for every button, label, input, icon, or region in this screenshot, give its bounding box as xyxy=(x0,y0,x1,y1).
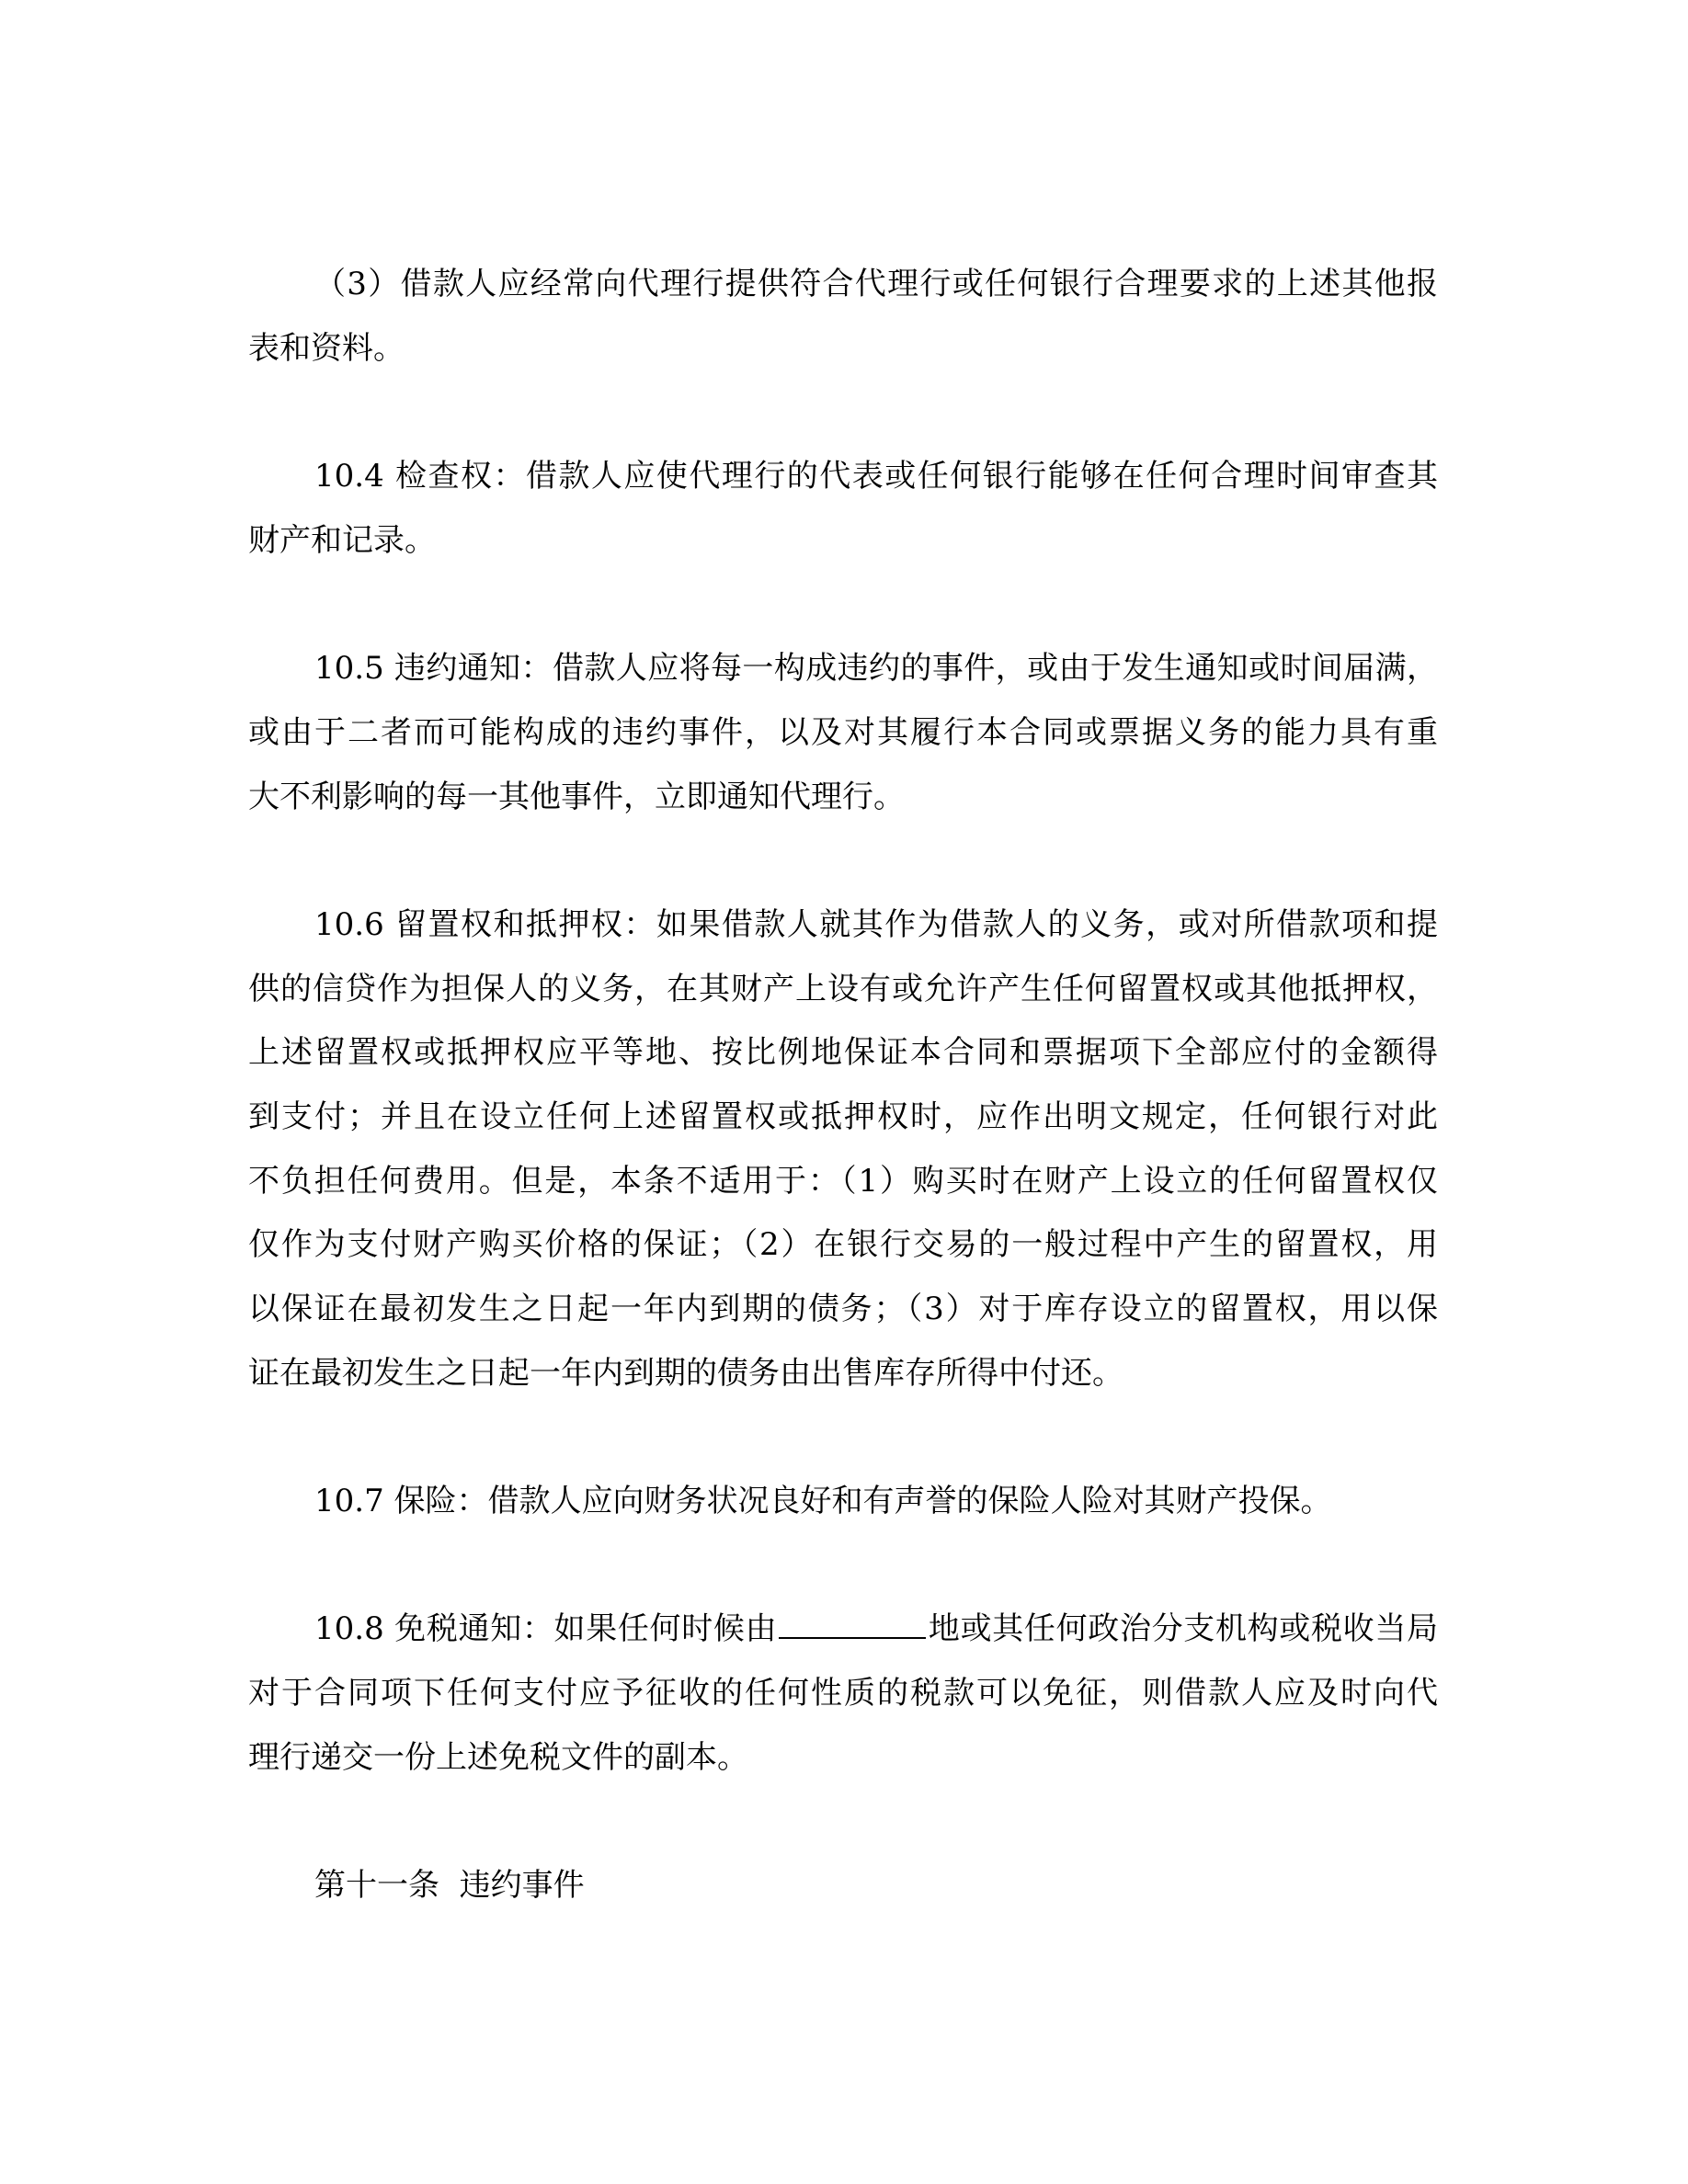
text-line: 10.6 留置权和抵押权：如果借款人就其作为借款人的义务，或对所借款项和提 xyxy=(248,893,1438,958)
paragraph-10-5-default-notice: 10.5 违约通知：借款人应将每一构成违约的事件，或由于发生通知或时间届满， 或… xyxy=(248,637,1438,829)
text-segment: 10.8 免税通知：如果任何时候由 xyxy=(314,1610,777,1647)
text-line: 证在最初发生之日起一年内到期的债务由出售库存所得中付还。 xyxy=(248,1342,1438,1406)
text-line: 10.4 检查权：借款人应使代理行的代表或任何银行能够在任何合理时间审查其 xyxy=(248,445,1438,509)
text-line: 或由于二者而可能构成的违约事件，以及对其履行本合同或票据义务的能力具有重 xyxy=(248,701,1438,766)
text-line: 不负担任何费用。但是，本条不适用于：（1）购买时在财产上设立的任何留置权仅 xyxy=(248,1150,1438,1214)
text-line: 上述留置权或抵押权应平等地、按比例地保证本合同和票据项下全部应付的金额得 xyxy=(248,1021,1438,1086)
document-page: （3）借款人应经常向代理行提供符合代理行或任何银行合理要求的上述其他报 表和资料… xyxy=(0,0,1688,2184)
text-line: 大不利影响的每一其他事件，立即通知代理行。 xyxy=(248,766,1438,830)
text-line: 10.5 违约通知：借款人应将每一构成违约的事件，或由于发生通知或时间届满， xyxy=(248,637,1438,701)
document-body: （3）借款人应经常向代理行提供符合代理行或任何银行合理要求的上述其他报 表和资料… xyxy=(248,253,1438,1983)
paragraph-10-3-item-3: （3）借款人应经常向代理行提供符合代理行或任何银行合理要求的上述其他报 表和资料… xyxy=(248,253,1438,381)
text-line: （3）借款人应经常向代理行提供符合代理行或任何银行合理要求的上述其他报 xyxy=(248,253,1438,317)
text-line: 表和资料。 xyxy=(248,317,1438,381)
text-line: 对于合同项下任何支付应予征收的任何性质的税款可以免征，则借款人应及时向代 xyxy=(248,1662,1438,1726)
paragraph-10-7-insurance: 10.7 保险：借款人应向财务状况良好和有声誉的保险人险对其财产投保。 xyxy=(248,1470,1438,1534)
text-line: 以保证在最初发生之日起一年内到期的债务；（3）对于库存设立的留置权，用以保 xyxy=(248,1278,1438,1342)
text-line: 10.7 保险：借款人应向财务状况良好和有声誉的保险人险对其财产投保。 xyxy=(248,1470,1438,1534)
article-11-heading: 第十一条 违约事件 xyxy=(248,1854,1438,1918)
paragraph-10-4-inspection-right: 10.4 检查权：借款人应使代理行的代表或任何银行能够在任何合理时间审查其 财产… xyxy=(248,445,1438,573)
text-line: 理行递交一份上述免税文件的副本。 xyxy=(248,1726,1438,1791)
text-segment: 地或其任何政治分支机构或税收当局 xyxy=(928,1610,1438,1647)
paragraph-10-8-tax-exemption-notice: 10.8 免税通知：如果任何时候由地或其任何政治分支机构或税收当局 对于合同项下… xyxy=(248,1598,1438,1790)
text-line: 到支付；并且在设立任何上述留置权或抵押权时，应作出明文规定，任何银行对此 xyxy=(248,1086,1438,1150)
section-heading: 第十一条 违约事件 xyxy=(248,1854,1438,1918)
text-line: 仅作为支付财产购买价格的保证；（2）在银行交易的一般过程中产生的留置权，用 xyxy=(248,1213,1438,1278)
text-line: 财产和记录。 xyxy=(248,509,1438,574)
fill-in-blank xyxy=(779,1610,926,1639)
text-line: 10.8 免税通知：如果任何时候由地或其任何政治分支机构或税收当局 xyxy=(248,1598,1438,1662)
paragraph-10-6-liens-and-mortgages: 10.6 留置权和抵押权：如果借款人就其作为借款人的义务，或对所借款项和提 供的… xyxy=(248,893,1438,1406)
text-line: 供的信贷作为担保人的义务，在其财产上设有或允许产生任何留置权或其他抵押权， xyxy=(248,958,1438,1022)
